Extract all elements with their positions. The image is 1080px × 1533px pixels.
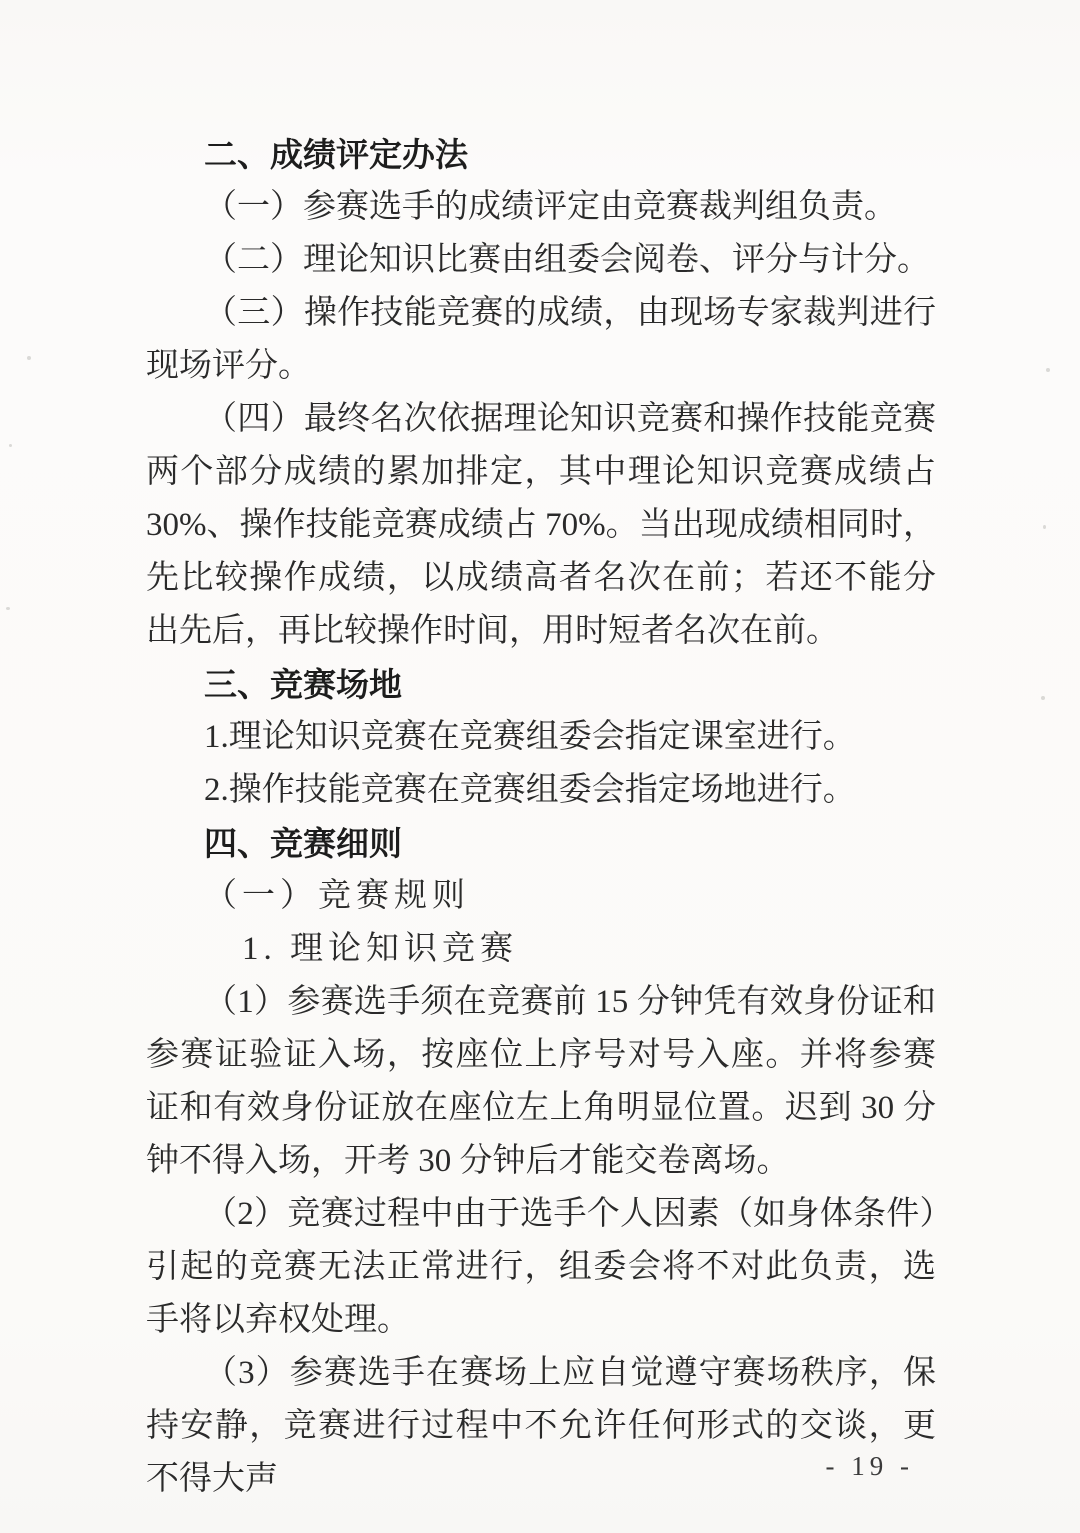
document-body: 二、成绩评定办法 （一）参赛选手的成绩评定由竞赛裁判组负责。 （二）理论知识比赛…	[146, 128, 936, 1506]
scan-speck	[6, 607, 10, 610]
para-theory-competition-subtitle: 1. 理论知识竞赛	[146, 923, 936, 976]
para-theory-venue: 1.理论知识竞赛在竞赛组委会指定课室进行。	[146, 711, 936, 764]
heading-grade-evaluation: 二、成绩评定办法	[146, 128, 936, 181]
scan-speck	[1043, 525, 1046, 529]
heading-competition-rules: 四、竞赛细则	[146, 817, 936, 870]
para-personal-factors: （2）竞赛过程中由于选手个人因素（如身体条件）引起的竞赛无法正常进行，组委会将不…	[146, 1188, 936, 1347]
scan-speck	[1041, 696, 1045, 700]
scan-speck	[1046, 368, 1050, 372]
para-venue-discipline: （3）参赛选手在赛场上应自觉遵守赛场秩序，保持安静，竞赛进行过程中不允许任何形式…	[146, 1347, 936, 1506]
para-practical-scoring: （三）操作技能竞赛的成绩，由现场专家裁判进行现场评分。	[146, 287, 936, 393]
para-entry-requirements: （1）参赛选手须在竞赛前 15 分钟凭有效身份证和参赛证验证入场，按座位上序号对…	[146, 976, 936, 1188]
para-final-ranking: （四）最终名次依据理论知识竞赛和操作技能竞赛两个部分成绩的累加排定，其中理论知识…	[146, 393, 936, 658]
para-theory-scoring: （二）理论知识比赛由组委会阅卷、评分与计分。	[146, 234, 936, 287]
para-rules-subtitle: （一）竞赛规则	[146, 870, 936, 923]
scan-speck	[9, 444, 12, 447]
para-practical-venue: 2.操作技能竞赛在竞赛组委会指定场地进行。	[146, 764, 936, 817]
document-page: 二、成绩评定办法 （一）参赛选手的成绩评定由竞赛裁判组负责。 （二）理论知识比赛…	[0, 0, 1080, 1533]
scan-speck	[27, 356, 31, 360]
heading-competition-venue: 三、竞赛场地	[146, 658, 936, 711]
page-number: - 19 -	[826, 1448, 914, 1484]
para-judging-responsibility: （一）参赛选手的成绩评定由竞赛裁判组负责。	[146, 181, 936, 234]
